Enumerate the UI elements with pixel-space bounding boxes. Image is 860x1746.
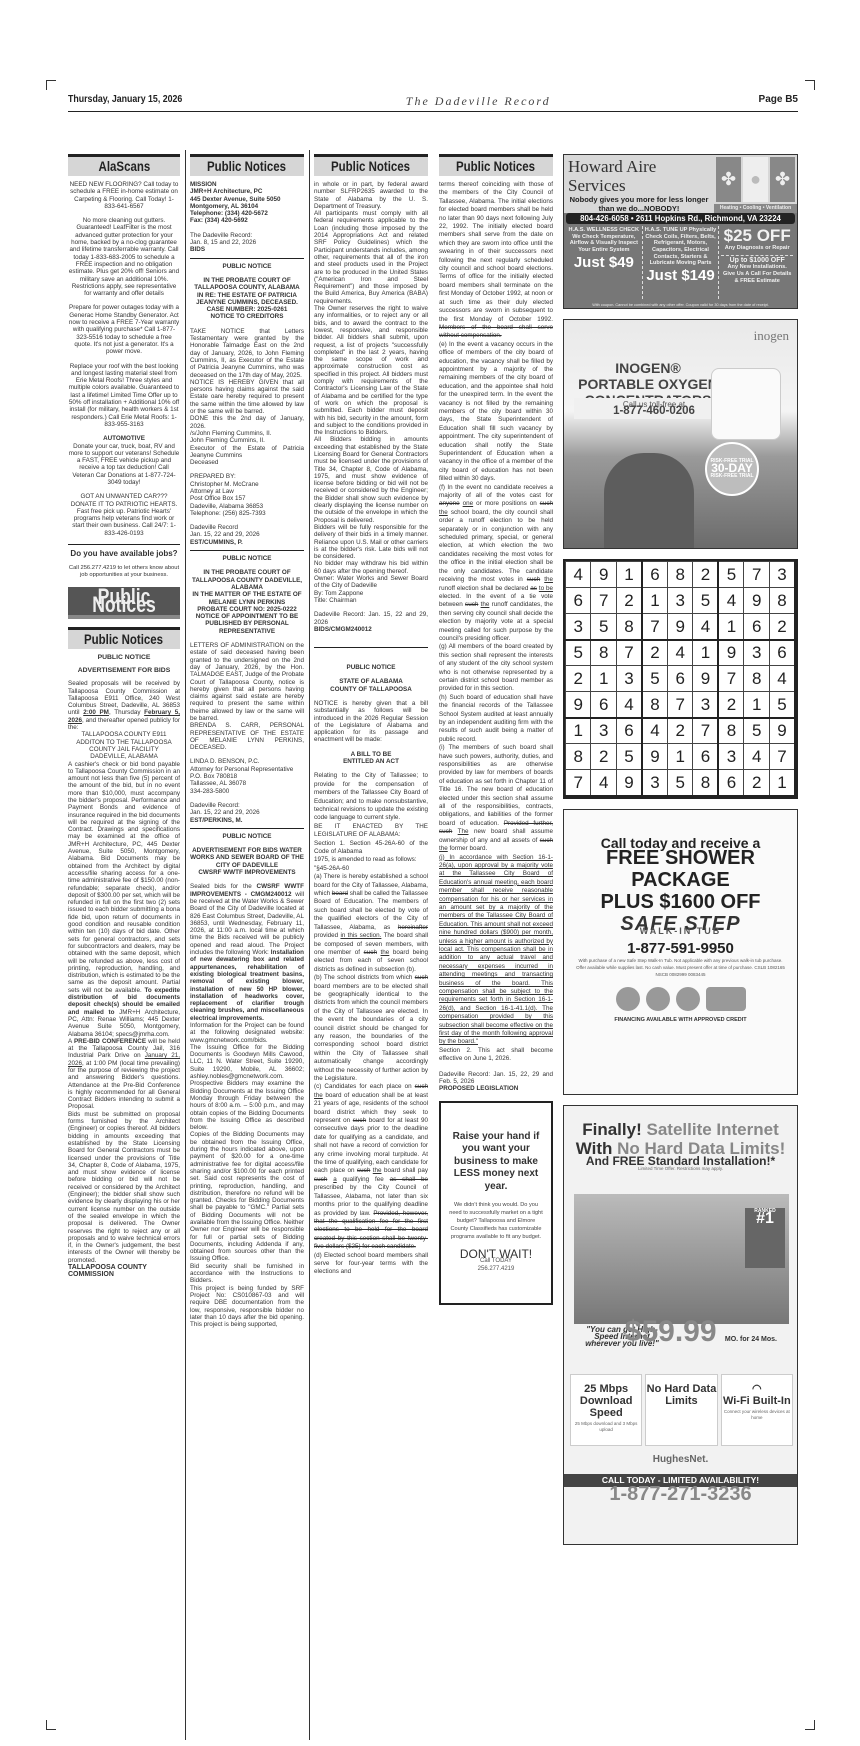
crop-mark (46, 1720, 56, 1730)
sudoku-cell: 2 (693, 562, 719, 588)
notice-code: EST/CUMMINS, P. (190, 539, 304, 546)
sudoku-row: 213569784 (566, 666, 796, 692)
water-works-bids-details: Information for the Project can be found… (190, 1022, 304, 1328)
hughes-features: 25 Mbps Download Speed25 Mbps download a… (570, 1374, 793, 1446)
badge-icon (616, 987, 640, 1011)
tub-line1: Call today and receive a (564, 840, 797, 847)
sudoku-cell: 1 (667, 744, 692, 770)
bill-title: A BILL TO BE ENTITLED AN ACT (314, 751, 428, 766)
sudoku-cell: 1 (744, 692, 769, 718)
sudoku-cell: 8 (642, 692, 668, 718)
notice-title: PUBLIC NOTICE (190, 833, 304, 840)
attorney-block: LINDA D. BENSON, P.C. Attorney for Perso… (190, 758, 304, 794)
house-ad-cta: DON'T WAIT! (449, 1251, 543, 1258)
oxygen-concentrator-image (711, 368, 781, 440)
sudoku-cell: 2 (591, 744, 616, 770)
water-works-bids-body: Sealed bids for the CWSRF WWTF IMPROVEME… (190, 883, 304, 1022)
column-alascans: AlaScans NEED NEW FLOORING? Call today t… (68, 154, 180, 1279)
ad-hughesnet: Finally! Satellite Internet With No Hard… (563, 1105, 798, 1545)
sudoku-cell: 7 (566, 770, 591, 796)
column-public-notices-4: Public Notices terms thereof coinciding … (439, 154, 553, 1305)
hughes-installation: And FREE Standard Installation!* (564, 1158, 797, 1165)
prebid-conference: A PRE-BID CONFERENCE will be held at the… (68, 1038, 180, 1111)
water-works-bids-continued: in whole or in part, by federal award nu… (314, 181, 428, 604)
crop-mark (805, 80, 815, 90)
sudoku-cell: 4 (693, 614, 719, 640)
sudoku-cell: 1 (693, 640, 719, 666)
column-public-notices-2: Public Notices MISSION JMR+H Architectur… (190, 154, 304, 1328)
sudoku-cell: 1 (566, 718, 591, 744)
jobs-text: Call 256.277.4219 to let others know abo… (68, 565, 180, 580)
automotive-heading: AUTOMOTIVE (68, 435, 180, 442)
publication-dates: Dadeville Record Jan. 15, 22 and 29, 202… (190, 524, 304, 539)
sudoku-cell: 1 (642, 588, 668, 614)
sudoku-cell: 6 (718, 770, 744, 796)
sudoku-row: 672135498 (566, 588, 796, 614)
sudoku-cell: 9 (693, 666, 719, 692)
notice-title: PUBLIC NOTICE (314, 664, 428, 671)
divider (190, 258, 304, 259)
legislation-heading: STATE OF ALABAMA COUNTY OF TALLAPOOSA (314, 678, 428, 693)
crop-mark (805, 1720, 815, 1730)
certification-badges (564, 987, 797, 1011)
sudoku-cell: 6 (591, 692, 616, 718)
sudoku-cell: 9 (744, 588, 769, 614)
classified-ad-flooring: NEED NEW FLOORING? Call today to schedul… (68, 181, 180, 210)
column-divider (309, 150, 310, 1740)
sudoku-cell: 2 (616, 588, 642, 614)
badge-icon (646, 987, 670, 1011)
sudoku-cell: 8 (667, 562, 692, 588)
column-advertisements: Howard Aire Services Nobody gives you mo… (563, 154, 798, 1555)
sudoku-row: 358794162 (566, 614, 796, 640)
feature-no-data-limits: No Hard Data Limits (645, 1374, 717, 1446)
inogen-phone: 1-877-460-0206 (577, 408, 731, 415)
sudoku-cell: 2 (744, 770, 769, 796)
publication-dates: Dadeville Record: Jan. 15, 22, 29 and Fe… (439, 1071, 553, 1086)
inogen-call-box: Call us toll-free at 1-877-460-0206 (574, 398, 734, 419)
sudoku-cell: 8 (744, 666, 769, 692)
bill-section-f: (f) In the event no candidate receives a… (439, 484, 553, 644)
sudoku-cell: 4 (718, 588, 744, 614)
sudoku-row: 491682573 (566, 562, 796, 588)
sudoku-cell: 3 (566, 614, 591, 640)
tub-line2: FREE SHOWER PACKAGE (564, 847, 797, 891)
deal-discounts: $25 OFF Any Diagnosis or Repair Up to $1… (719, 226, 795, 299)
sudoku-cell: 3 (591, 718, 616, 744)
classified-ad-patriotic-hearts: GOT AN UNWANTED CAR??? DONATE IT TO PATR… (68, 493, 180, 537)
jobs-heading: Do you have available jobs? (68, 549, 180, 559)
sudoku-cell: 7 (769, 744, 795, 770)
sudoku-cell: 6 (642, 562, 668, 588)
sudoku-cell: 7 (718, 666, 744, 692)
sudoku-cell: 5 (591, 614, 616, 640)
howard-fine-print: With coupon. Cannot be combined with any… (564, 301, 797, 309)
tub-fine-print: With purchase of a new Safe Step Walk-In… (564, 953, 797, 983)
tub-financing: FINANCING AVAILABLE WITH APPROVED CREDIT (564, 1017, 797, 1024)
sudoku-cell: 5 (718, 562, 744, 588)
tub-line3: PLUS $1600 OFF (564, 891, 797, 913)
sudoku-cell: 5 (769, 692, 795, 718)
bill-preamble: Relating to the City of Tallassee; to pr… (314, 772, 428, 873)
sudoku-cell: 9 (718, 640, 744, 666)
sudoku-cell: 4 (744, 744, 769, 770)
sudoku-cell: 6 (667, 666, 692, 692)
sudoku-cell: 8 (616, 614, 642, 640)
project-location: DADEVILLE, ALABAMA (68, 753, 180, 760)
masthead: Thursday, January 15, 2026 The Dadeville… (68, 94, 798, 112)
sudoku-cell: 6 (693, 744, 719, 770)
section-header-public-notices: Public Notices (439, 154, 553, 176)
bids-heading-water-works: ADVERTISEMENT FOR BIDS WATER WORKS AND S… (190, 847, 304, 876)
sudoku-cell: 3 (718, 744, 744, 770)
classified-ad-gutters: No more cleaning out gutters. Guaranteed… (68, 217, 180, 297)
probate-heading-cummins: IN THE PROBATE COURT OF TALLAPOOSA COUNT… (190, 277, 304, 321)
divider (314, 647, 428, 648)
sudoku-cell: 9 (642, 744, 668, 770)
public-notices-banner: Public Notices (68, 587, 180, 619)
issue-date: Thursday, January 15, 2026 (68, 94, 182, 105)
sudoku-cell: 3 (667, 588, 692, 614)
notice-title: PUBLIC NOTICE (190, 263, 304, 270)
hughesnet-logo: HughesNet. (564, 1456, 797, 1463)
sudoku-cell: 5 (642, 666, 668, 692)
deal-tune-up: H.A.S. TUNE UP Physically Check Coils, F… (643, 226, 720, 299)
sudoku-cell: 3 (769, 562, 795, 588)
bill-section-h: (h) Such board of education shall have t… (439, 694, 553, 744)
notice-code: EST/PERKINS, M. (190, 817, 304, 824)
sudoku-cell: 4 (667, 640, 692, 666)
fan-icon: ✤ (770, 157, 795, 202)
sudoku-cell: 5 (667, 770, 692, 796)
hughes-price: $59.99 MO. for 24 Mos. (625, 1328, 777, 1343)
sudoku-cell: 2 (718, 692, 744, 718)
lifetime-warranty-icon (706, 987, 746, 1011)
sudoku-cell: 9 (566, 692, 591, 718)
sudoku-cell: 2 (566, 666, 591, 692)
safe-step-sub: WALK-IN TUB (564, 928, 797, 935)
sudoku-cell: 7 (591, 588, 616, 614)
prepared-by: PREPARED BY: Christopher M. McCrane Atto… (190, 473, 304, 517)
sudoku-row: 136427859 (566, 718, 796, 744)
bids-requirements: Bids must be submitted on proposal forms… (68, 1111, 180, 1264)
divider (68, 544, 180, 545)
sudoku-cell: 8 (566, 744, 591, 770)
classified-ad-car-donation: Donate your car, truck, boat, RV and mor… (68, 443, 180, 487)
publication-dates: Dadeville Record: Jan. 15, 22 and 29, 20… (190, 802, 304, 817)
sudoku-cell: 9 (616, 770, 642, 796)
signoff: TALLAPOOSA COUNTY COMMISSION (68, 1264, 180, 1279)
column-public-notices-3: Public Notices in whole or in part, by f… (314, 154, 428, 1277)
page-number: Page B5 (759, 94, 798, 105)
house-ad-phone: 256.277.4219 (449, 1266, 543, 1274)
section-header-public-notices: Public Notices (190, 154, 304, 176)
bill-section-g: (g) All members of the board created by … (439, 643, 553, 693)
fan-icon: ✤ (716, 157, 741, 202)
notice-title: PUBLIC NOTICE (190, 555, 304, 562)
bill-section-c: (c) Candidates for each place on such th… (314, 1083, 428, 1251)
ad-safe-step-tub: Call today and receive a FREE SHOWER PAC… (563, 809, 798, 1095)
column-divider (185, 150, 186, 1740)
sudoku-row: 825916347 (566, 744, 796, 770)
sudoku-cell: 3 (744, 640, 769, 666)
sudoku-cell: 9 (769, 718, 795, 744)
probate-body-cummins: TAKE NOTICE that Letters Testamentary we… (190, 328, 304, 467)
sudoku-cell: 9 (591, 562, 616, 588)
howard-contact: 804-426-6058 • 2611 Hopkins Rd., Richmon… (566, 213, 795, 224)
contact-block: MISSION JMR+H Architecture, PC 445 Dexte… (190, 181, 304, 225)
sudoku-cell: 5 (744, 718, 769, 744)
legislation-intro: NOTICE is hereby given that a bill subst… (314, 700, 428, 744)
couple-photo (604, 453, 694, 548)
publication-dates: Dadeville Record: Jan. 15, 22 and 29, 20… (314, 611, 428, 626)
notice-code: PROPOSED LEGISLATION (439, 1085, 553, 1092)
sudoku-cell: 4 (591, 770, 616, 796)
section-header-alascans: AlaScans (68, 154, 180, 176)
bill-section-2: Section 2. This act shall become effecti… (439, 1047, 553, 1064)
section-header-public-notices: Public Notices (68, 627, 180, 649)
notice-title: PUBLIC NOTICE (68, 654, 180, 661)
sudoku-cell: 6 (616, 718, 642, 744)
publication-dates: The Dadeville Record: Jan. 8, 15 and 22,… (190, 232, 304, 247)
classifieds-house-ad: Raise your hand if you want your busines… (439, 1101, 553, 1306)
divider (190, 550, 304, 551)
feature-download-speed: 25 Mbps Download Speed25 Mbps download a… (570, 1374, 642, 1446)
sudoku-cell: 8 (718, 718, 744, 744)
sudoku-cell: 8 (591, 640, 616, 666)
lightbulb-icon: ● (743, 157, 768, 202)
sudoku-cell: 1 (591, 666, 616, 692)
sudoku-row: 587241936 (566, 640, 796, 666)
deal-wellness-check: H.A.S. WELLNESS CHECK We Check Temperatu… (566, 226, 643, 299)
sudoku-cell: 2 (642, 640, 668, 666)
probate-heading-perkins: IN THE PROBATE COURT OF TALLAPOOSA COUNT… (190, 569, 304, 635)
sudoku-grid: 4916825736721354983587941625872419362135… (565, 561, 796, 797)
newspaper-name: The Dadeville Record (406, 94, 551, 109)
howard-tagline: Nobody gives you more for less longer th… (568, 195, 710, 213)
bill-section-i: (i) The members of such board shall have… (439, 744, 553, 853)
sudoku-cell: 7 (667, 692, 692, 718)
feature-wifi: ◠Wi-Fi Built-InConnect your wireless dev… (721, 1374, 793, 1446)
sudoku-cell: 5 (566, 640, 591, 666)
sudoku-cell: 2 (769, 614, 795, 640)
sudoku-cell: 1 (769, 770, 795, 796)
sudoku-cell: 3 (642, 770, 668, 796)
section-header-public-notices: Public Notices (314, 154, 428, 176)
sudoku-cell: 7 (616, 640, 642, 666)
hughes-phone: 1-877-271-3236 (564, 1491, 797, 1498)
sudoku-cell: 6 (769, 640, 795, 666)
sudoku-row: 749358621 (566, 770, 796, 796)
sudoku-cell: 1 (616, 562, 642, 588)
probate-body-perkins: LETTERS OF ADMINISTRATION on the estate … (190, 642, 304, 751)
sudoku-cell: 8 (693, 770, 719, 796)
bill-section-a: (a) There is hereby established a school… (314, 873, 428, 974)
divider (190, 828, 304, 829)
howard-name: Howard Aire Services (568, 157, 710, 195)
crop-mark (46, 80, 56, 90)
hughes-headline: Finally! Satellite Internet With No Hard… (564, 1106, 797, 1158)
ad-howard-aire: Howard Aire Services Nobody gives you mo… (563, 154, 798, 309)
sudoku-cell: 1 (718, 614, 744, 640)
notice-subtitle: ADVERTISEMENT FOR BIDS (68, 667, 180, 674)
sudoku-cell: 8 (769, 588, 795, 614)
sudoku-cell: 9 (667, 614, 692, 640)
sudoku-puzzle: 4916825736721354983587941625872419362135… (563, 559, 798, 799)
tub-phone: 1-877-591-9950 (564, 945, 797, 952)
bill-section-b: (b) The school districts from which such… (314, 974, 428, 1083)
sudoku-cell: 4 (642, 718, 668, 744)
bids-intro: Sealed proposals will be received by Tal… (68, 680, 180, 731)
sudoku-cell: 3 (616, 666, 642, 692)
bids-body: A cashier's check or bid bond payable to… (68, 761, 180, 1038)
sudoku-cell: 2 (667, 718, 692, 744)
sudoku-cell: 4 (769, 666, 795, 692)
bill-section-d: (d) Elected school board members shall s… (314, 1252, 428, 1277)
sudoku-cell: 6 (744, 614, 769, 640)
project-name: TALLAPOOSA COUNTY E911 ADDITON TO THE TA… (68, 731, 180, 753)
ranked-badge: RANKED #1 (745, 1208, 785, 1268)
sudoku-cell: 5 (616, 744, 642, 770)
classified-ad-generator: Prepare for power outages today with a G… (68, 304, 180, 355)
sudoku-cell: 7 (744, 562, 769, 588)
wifi-icon: ◠ (752, 1383, 762, 1395)
notice-code: BIDS/CMGM240012 (314, 626, 428, 633)
trial-seal: RISK-FREE TRIAL 30-DAY RISK-FREE TRIAL (705, 442, 759, 496)
sudoku-cell: 6 (566, 588, 591, 614)
inogen-logo: inogen (754, 332, 789, 339)
sudoku-cell: 7 (693, 718, 719, 744)
sudoku-cell: 4 (616, 692, 642, 718)
sudoku-cell: 5 (693, 588, 719, 614)
house-ad-body: We didn't think you would. Do you need t… (449, 1201, 543, 1241)
bill-section-d-continued: terms thereof coinciding with those of t… (439, 181, 553, 341)
house-ad-headline: Raise your hand if you want your busines… (449, 1131, 543, 1194)
classified-ad-roofing: Replace your roof with the best looking … (68, 363, 180, 429)
bbb-icon (676, 987, 700, 1011)
howard-services: Heating • Cooling • Ventilation (714, 204, 797, 213)
bill-section-e: (e) In the event a vacancy occurs in the… (439, 341, 553, 484)
sudoku-row: 964873215 (566, 692, 796, 718)
sudoku-cell: 4 (566, 562, 591, 588)
ad-inogen: inogen INOGEN® PORTABLE OXYGEN CONCENTRA… (563, 319, 798, 549)
bill-section-j: (j) In accordance with Section 16-1-26(a… (439, 854, 553, 1047)
sudoku-cell: 3 (693, 692, 719, 718)
notice-code: BIDS (190, 246, 304, 253)
sudoku-cell: 7 (642, 614, 668, 640)
